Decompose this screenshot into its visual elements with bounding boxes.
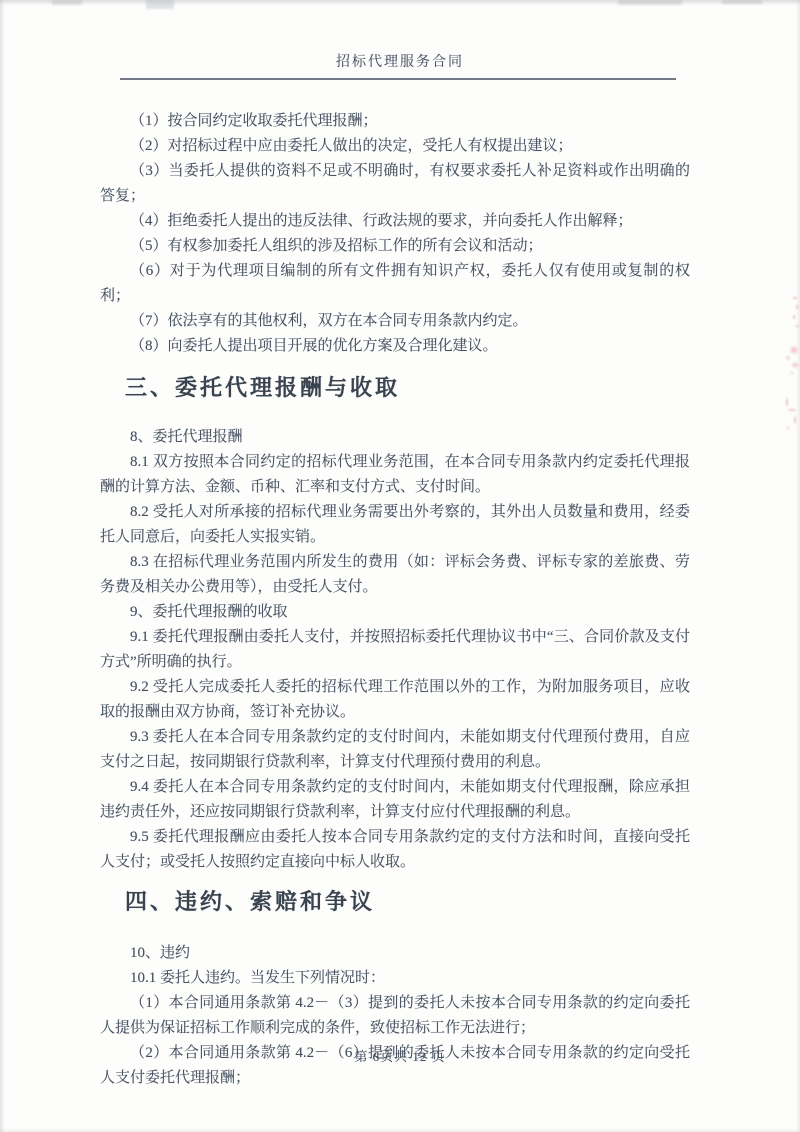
clause: （1）本合同通用条款第 4.2－（3）提到的委托人未按本合同专用条款的约定向委托… bbox=[100, 991, 690, 1041]
document-title: 招标代理服务合同 bbox=[0, 53, 800, 73]
clause: 9.3 委托人在本合同专用条款约定的支付时间内，未能如期支付代理预付费用，自应支… bbox=[100, 725, 690, 775]
clause: 9、委托代理报酬的收取 bbox=[100, 600, 690, 625]
page-header: 招标代理服务合同 bbox=[0, 0, 800, 80]
clause: 9.4 委托人在本合同专用条款约定的支付时间内，未能如期支付代理报酬，除应承担违… bbox=[100, 775, 690, 825]
scanned-contract-page: 招标代理服务合同 （1）按合同约定收取委托代理报酬； （2）对招标过程中应由委托… bbox=[0, 0, 800, 1132]
clause: （4）拒绝委托人提出的违反法律、行政法规的要求，并向委托人作出解释； bbox=[100, 209, 690, 234]
scan-edge-left bbox=[0, 0, 5, 1132]
clause: （2）对招标过程中应由委托人做出的决定，受托人有权提出建议； bbox=[100, 134, 690, 159]
clause: 9.5 委托代理报酬应由委托人按本合同专用条款约定的支付方法和时间，直接向受托人… bbox=[100, 825, 690, 875]
section-heading-4: 四、违约、索赔和争议 bbox=[125, 887, 690, 917]
clause: （3）当委托人提供的资料不足或不明确时，有权要求委托人补足资料或作出明确的答复； bbox=[100, 159, 690, 209]
clause: （5）有权参加委托人组织的涉及招标工作的所有会议和活动； bbox=[100, 234, 690, 259]
section-heading-3: 三、委托代理报酬与收取 bbox=[125, 373, 690, 403]
header-rule bbox=[120, 78, 676, 80]
clause: 10.1 委托人违约。当发生下列情况时： bbox=[100, 966, 690, 991]
clause: 8、委托代理报酬 bbox=[100, 425, 690, 450]
scan-smudge bbox=[722, 0, 762, 4]
clause: （7）依法享有的其他权利，双方在本合同专用条款内约定。 bbox=[100, 309, 690, 334]
contract-body: （1）按合同约定收取委托代理报酬； （2）对招标过程中应由委托人做出的决定，受托… bbox=[100, 109, 690, 1091]
clause: 8.1 双方按照本合同约定的招标代理业务范围，在本合同专用条款内约定委托代理报酬… bbox=[100, 450, 690, 500]
clause: 8.3 在招标代理业务范围内所发生的费用（如：评标会务费、评标专家的差旅费、劳务… bbox=[100, 550, 690, 600]
scan-edge-right bbox=[796, 0, 800, 1132]
clause: （6）对于为代理项目编制的所有文件拥有知识产权，委托人仅有使用或复制的权利； bbox=[100, 259, 690, 309]
scan-smudge bbox=[618, 0, 682, 5]
clause: 8.2 受托人对所承接的招标代理业务需要出外考察的，其外出人员数量和费用，经委托… bbox=[100, 500, 690, 550]
scan-smudge bbox=[146, 0, 174, 9]
page-number: 第 6页共 12 页 bbox=[0, 1046, 800, 1065]
clause: （8）向委托人提出项目开展的优化方案及合理化建议。 bbox=[100, 334, 690, 359]
clause: 9.2 受托人完成委托人委托的招标代理工作范围以外的工作，为附加服务项目，应收取… bbox=[100, 675, 690, 725]
clause: 10、违约 bbox=[100, 941, 690, 966]
clause: （1）按合同约定收取委托代理报酬； bbox=[100, 109, 690, 134]
scan-smudge bbox=[52, 0, 82, 5]
clause: 9.1 委托代理报酬由委托人支付，并按照招标委托代理协议书中“三、合同价款及支付… bbox=[100, 625, 690, 675]
scan-edge-bottom bbox=[0, 1128, 800, 1132]
